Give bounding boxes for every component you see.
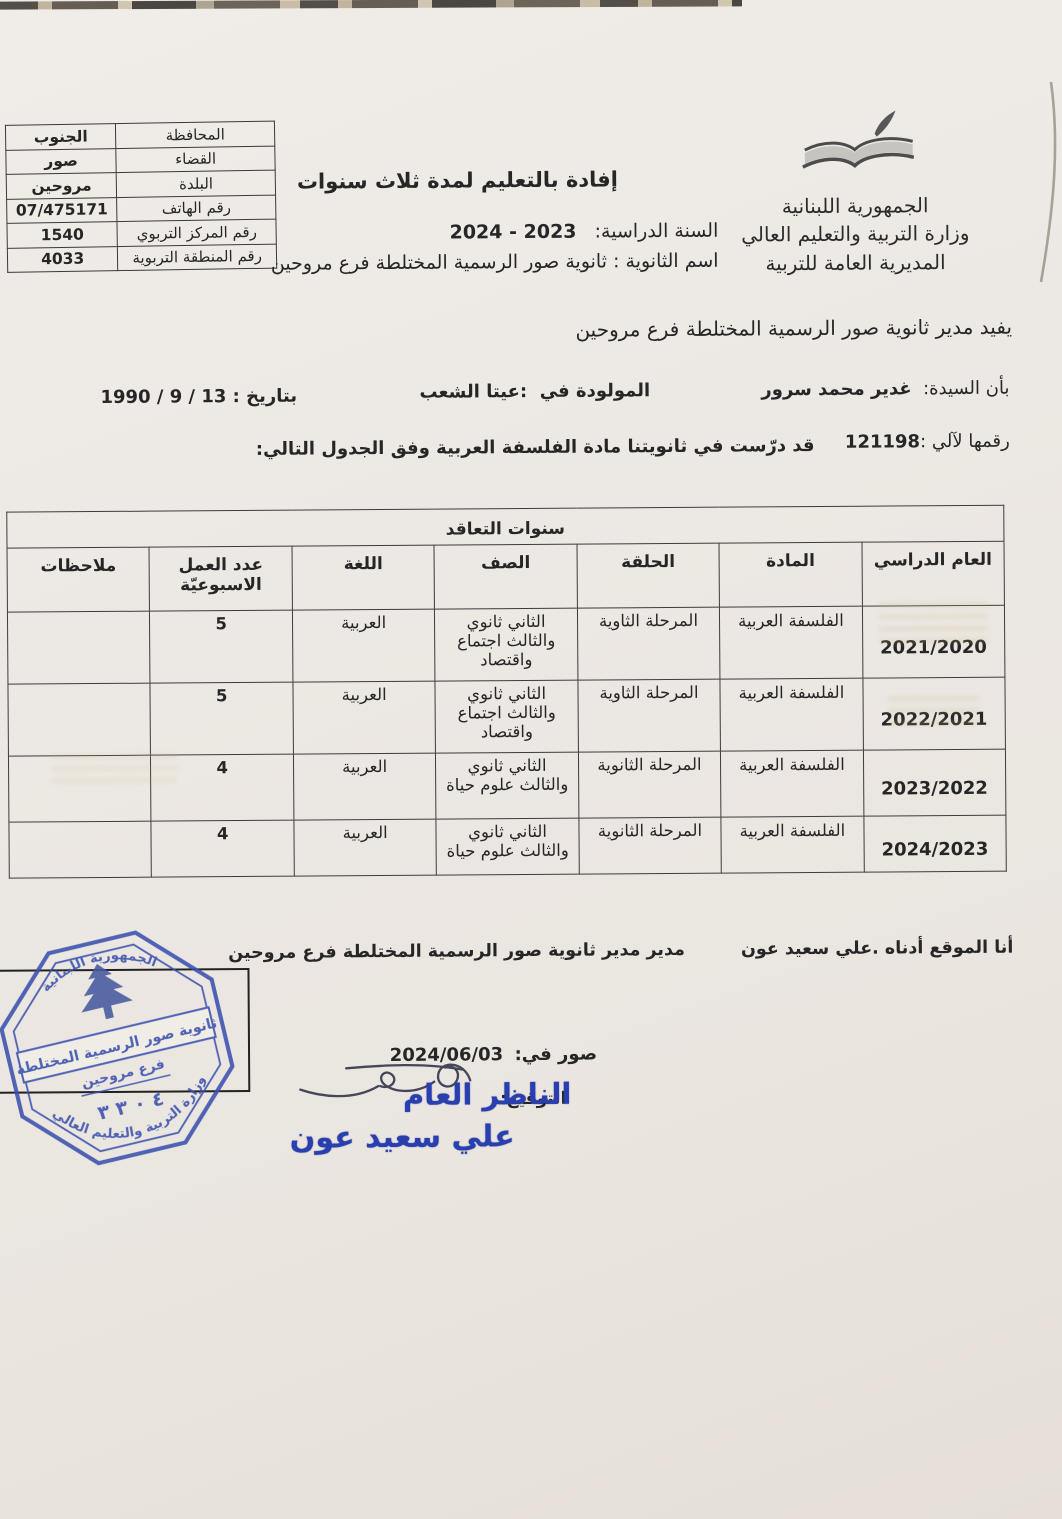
cell-cycle: المرحلة الثاوية [577, 607, 720, 680]
cell-year: 2023/2022 [863, 749, 1006, 816]
info-label: رقم المنطقة التربوية [118, 244, 277, 271]
info-value: 1540 [7, 222, 118, 248]
contract-years-table: سنوات التعاقد العام الدراسي المادة الحلق… [6, 505, 1007, 879]
info-value: الجنوب [5, 124, 116, 150]
cell-hours: 5 [150, 682, 293, 755]
teacher-id-line: رقمها لآلي :121198 [845, 431, 1010, 453]
cell-cycle: المرحلة الثانوية [578, 751, 721, 818]
cell-cycle: المرحلة الثاوية [578, 679, 721, 752]
cell-class: الثاني ثانوي والثالث اجتماع واقتصاد [435, 680, 578, 753]
declaration-signer: أنا الموقع أدناه .علي سعيد عون [741, 938, 1014, 960]
col-header-class: الصف [434, 544, 577, 609]
info-value: 07/475171 [7, 197, 118, 223]
cell-notes [7, 611, 150, 684]
cell-subject: الفلسفة العربية [721, 750, 864, 817]
info-label: القضاء [116, 146, 275, 173]
birthplace-line: المولودة في :عيتا الشعب [419, 380, 650, 403]
cell-class: الثاني ثانوي والثالث علوم حياة [436, 818, 579, 875]
table-row: رقم المنطقة التربوية 4033 [7, 244, 276, 273]
table-row: 2022/2021 الفلسفة العربية المرحلة الثاوي… [8, 677, 1005, 756]
school-year-value: 2023 - 2024 [449, 221, 576, 244]
school-name-value: ثانوية صور الرسمية المختلطة فرع مروحين [271, 250, 607, 274]
madam-label: بأن السيدة: [923, 378, 1010, 400]
cell-notes [9, 821, 152, 878]
col-header-year: العام الدراسي [862, 541, 1005, 606]
school-year-label: السنة الدراسية: [595, 220, 719, 243]
school-name-label: اسم الثانوية : [613, 250, 719, 273]
info-value: 4033 [7, 246, 118, 272]
col-header-language: اللغة [292, 545, 435, 610]
cell-subject: الفلسفة العربية [720, 678, 863, 751]
ink-bleed-smudge [888, 691, 980, 726]
cell-language: العربية [292, 609, 435, 682]
col-header-notes: ملاحظات [7, 547, 150, 612]
cell-class: الثاني ثانوي والثالث علوم حياة [436, 752, 579, 819]
table-row: 2024/2023 الفلسفة العربية المرحلة الثانو… [9, 815, 1006, 878]
cell-language: العربية [294, 819, 437, 876]
document-title: إفادة بالتعليم لمدة ثلاث سنوات [297, 167, 618, 193]
cell-cycle: المرحلة الثانوية [579, 817, 722, 874]
col-header-subject: المادة [719, 542, 862, 607]
header-directorate: المديرية العامة للتربية [700, 247, 1010, 278]
school-year-line: السنة الدراسية: 2023 - 2024 [449, 220, 718, 244]
document-content: الجمهورية اللبنانية وزارة التربية والتعل… [0, 0, 1062, 1519]
header-republic: الجمهورية اللبنانية [700, 191, 1010, 222]
cell-hours: 5 [150, 610, 293, 683]
cell-language: العربية [293, 753, 436, 820]
info-value: مروحين [6, 173, 117, 199]
scanned-document-page: الجمهورية اللبنانية وزارة التربية والتعل… [0, 0, 1062, 1519]
ink-bleed-smudge [52, 746, 177, 783]
table-header-row: العام الدراسي المادة الحلقة الصف اللغة ع… [7, 541, 1004, 612]
birthdate-line: بتاريخ : 13 / 9 / 1990 [100, 386, 297, 408]
declaration-title: مدير مدير ثانوية صور الرسمية المختلطة فر… [228, 940, 685, 963]
official-school-seal: الجمهورية اللبنانية ثانوية صور الرسمية ا… [0, 894, 272, 1201]
stamp-title-text: الناظر العام [301, 1077, 571, 1113]
col-header-cycle: الحلقة [577, 543, 720, 608]
cell-subject: الفلسفة العربية [721, 816, 864, 873]
teacher-name: غدير محمد سرور [761, 378, 911, 400]
info-label: المحافظة [116, 121, 275, 148]
header-ministry: وزارة التربية والتعليم العالي [700, 219, 1010, 250]
info-label: البلدة [116, 170, 275, 197]
born-label: المولودة في [540, 380, 651, 402]
cell-language: العربية [293, 681, 436, 754]
place-date-label: صور في: [514, 1044, 597, 1066]
id-value: 121198 [845, 431, 920, 453]
teacher-name-line: بأن السيدة: غدير محمد سرور [761, 378, 1009, 401]
info-label: رقم الهاتف [117, 195, 276, 222]
table-row: 2021/2020 الفلسفة العربية المرحلة الثاوي… [7, 605, 1004, 684]
stamp-signer-name: علي سعيد عون [275, 1119, 515, 1156]
cell-year: 2024/2023 [863, 815, 1006, 872]
id-label: رقمها لآلي : [920, 431, 1010, 453]
cell-class: الثاني ثانوي والثالث اجتماع واقتصاد [435, 608, 578, 681]
ink-bleed-smudge [879, 599, 987, 644]
statement-line1: يفيد مدير ثانوية صور الرسمية المختلطة فر… [575, 315, 1012, 342]
admin-info-table: المحافظة الجنوب القضاء صور البلدة مروحين… [5, 121, 277, 273]
born-value: :عيتا الشعب [419, 381, 527, 403]
info-value: صور [6, 148, 117, 174]
col-header-hours: عدد العمل الاسبوعيّة [149, 546, 292, 611]
open-book-logo-icon [779, 109, 930, 188]
cell-notes [8, 683, 151, 756]
school-name-line: اسم الثانوية : ثانوية صور الرسمية المختل… [271, 250, 719, 275]
info-label: رقم المركز التربوي [117, 219, 276, 246]
government-header: الجمهورية اللبنانية وزارة التربية والتعل… [699, 109, 1010, 278]
taught-subject-line: قد درّست في ثانويتنا مادة الفلسفة العربي… [256, 435, 815, 460]
cell-subject: الفلسفة العربية [720, 606, 863, 679]
cell-hours: 4 [151, 820, 294, 877]
